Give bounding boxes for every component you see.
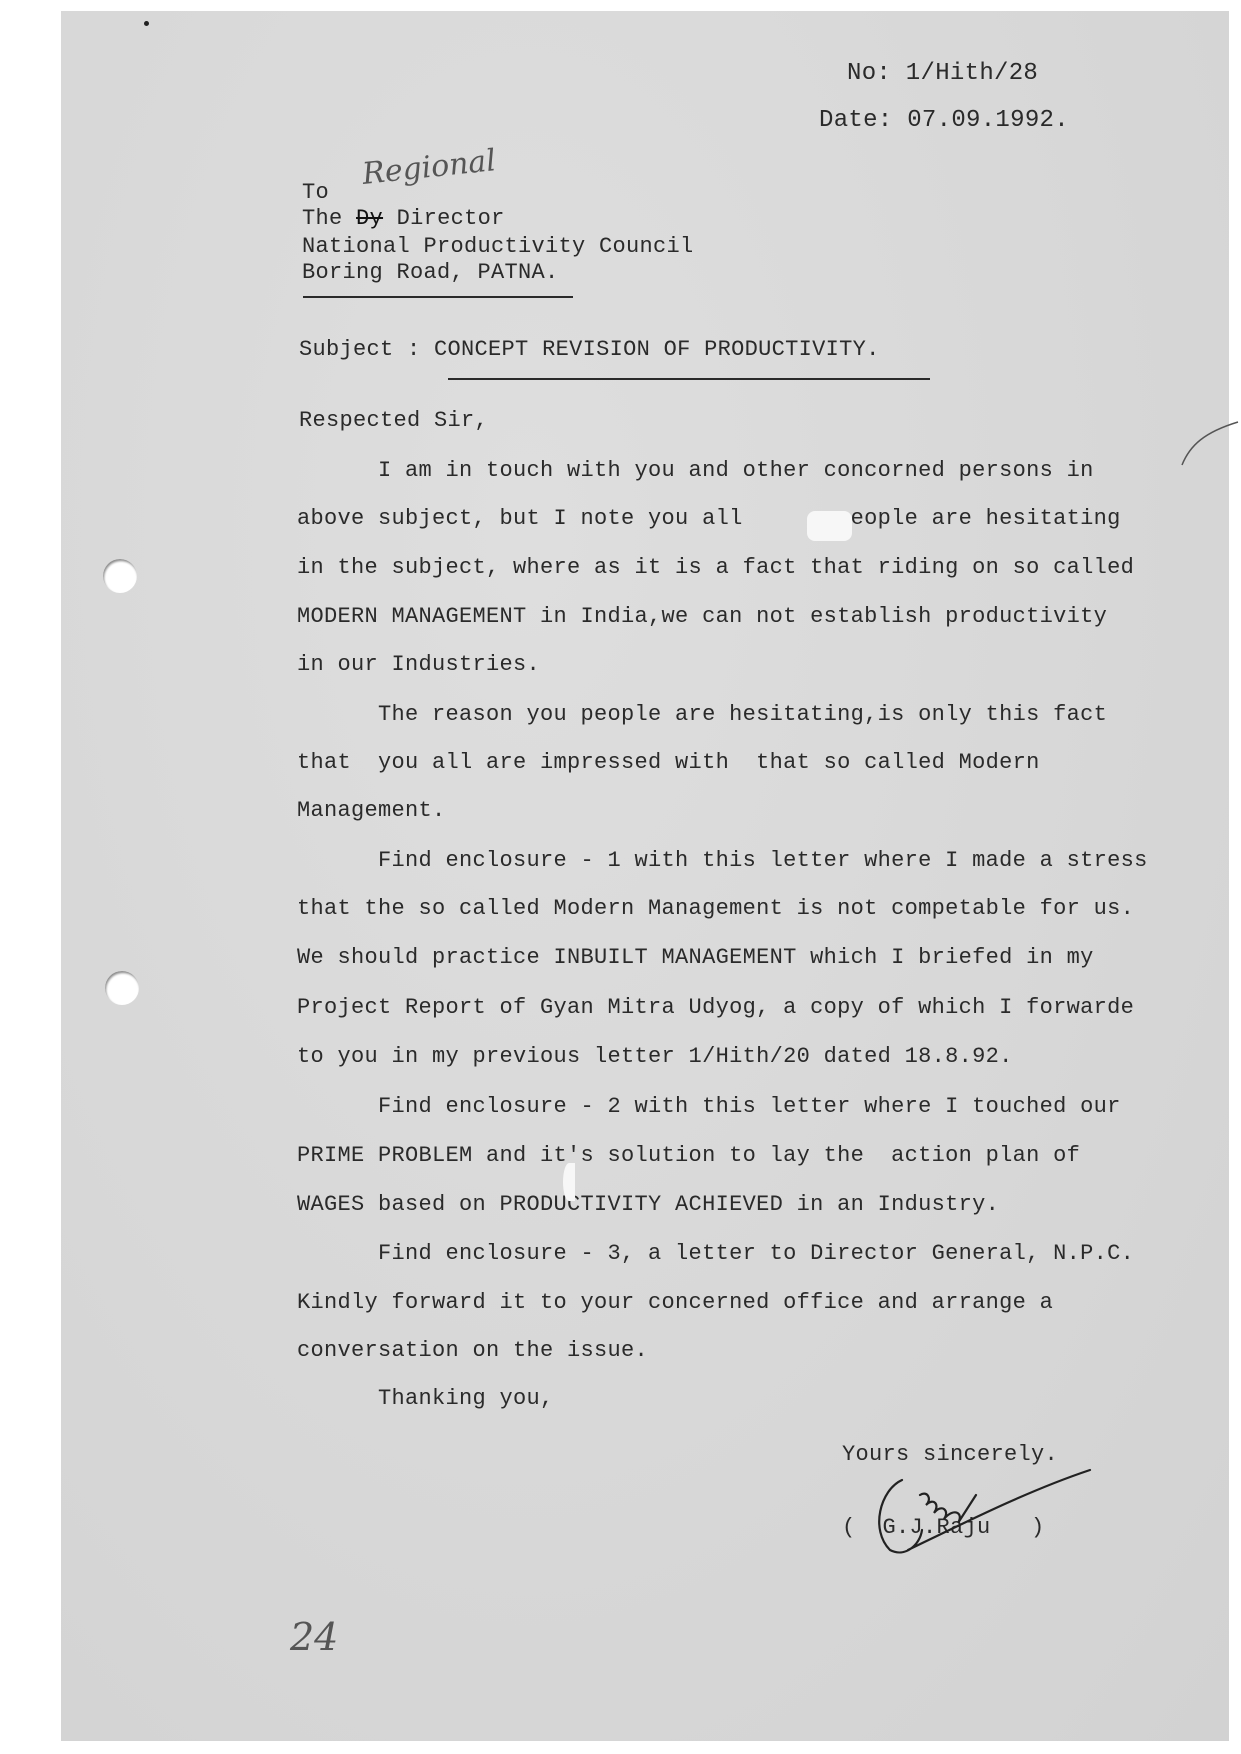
- ink-speck: [144, 21, 149, 26]
- body-line: to you in my previous letter 1/Hith/20 d…: [297, 1044, 1013, 1069]
- addressee-line-2: National Productivity Council: [302, 234, 694, 259]
- body-line: PRIME PROBLEM and it's solution to lay t…: [297, 1143, 1080, 1168]
- body-line: in the subject, where as it is a fact th…: [297, 555, 1134, 580]
- punch-hole: [105, 971, 139, 1005]
- body-line: Management.: [297, 798, 446, 823]
- body-line: Find enclosure - 3, a letter to Director…: [297, 1241, 1134, 1266]
- correction-whiteout: [563, 1163, 575, 1201]
- reference-number: No: 1/Hith/28: [847, 60, 1038, 87]
- subject-label: Subject :: [299, 337, 421, 362]
- body-line: WAGES based on PRODUCTIVITY ACHIEVED in …: [297, 1192, 999, 1217]
- body-line: Find enclosure - 1 with this letter wher…: [297, 848, 1148, 873]
- salutation: Respected Sir,: [299, 408, 488, 433]
- subject-line: Subject : CONCEPT REVISION OF PRODUCTIVI…: [299, 337, 880, 362]
- subject-text: CONCEPT REVISION OF PRODUCTIVITY.: [434, 337, 880, 362]
- body-line: I am in touch with you and other concorn…: [297, 458, 1094, 483]
- body-line: The reason you people are hesitating,is …: [297, 702, 1107, 727]
- body-line: Kindly forward it to your concerned offi…: [297, 1290, 1053, 1315]
- addressee-to: To: [302, 180, 329, 205]
- letter-date: Date: 07.09.1992.: [819, 107, 1069, 134]
- struck-word: Dy: [356, 206, 383, 231]
- addressee-line-3: Boring Road, PATNA.: [302, 260, 559, 285]
- body-line: above subject, but I note you all people…: [297, 506, 1121, 531]
- body-line: in our Industries.: [297, 652, 540, 677]
- handwritten-page-number: 24: [290, 1615, 338, 1659]
- pen-mark: [1180, 420, 1240, 470]
- signature: [860, 1450, 1100, 1560]
- punch-hole: [103, 559, 137, 593]
- correction-whiteout: [807, 511, 852, 541]
- subject-underline: [448, 378, 930, 380]
- body-line: Find enclosure - 2 with this letter wher…: [297, 1094, 1121, 1119]
- addressee-line-1: The Dy Director: [302, 206, 505, 231]
- body-line: Thanking you,: [297, 1386, 554, 1411]
- address-underline: [303, 296, 573, 298]
- body-line: conversation on the issue.: [297, 1338, 648, 1363]
- body-line: We should practice INBUILT MANAGEMENT wh…: [297, 945, 1094, 970]
- body-line: MODERN MANAGEMENT in India,we can not es…: [297, 604, 1107, 629]
- body-line: Project Report of Gyan Mitra Udyog, a co…: [297, 995, 1134, 1020]
- body-line: that you all are impressed with that so …: [297, 750, 1040, 775]
- body-line: that the so called Modern Management is …: [297, 896, 1134, 921]
